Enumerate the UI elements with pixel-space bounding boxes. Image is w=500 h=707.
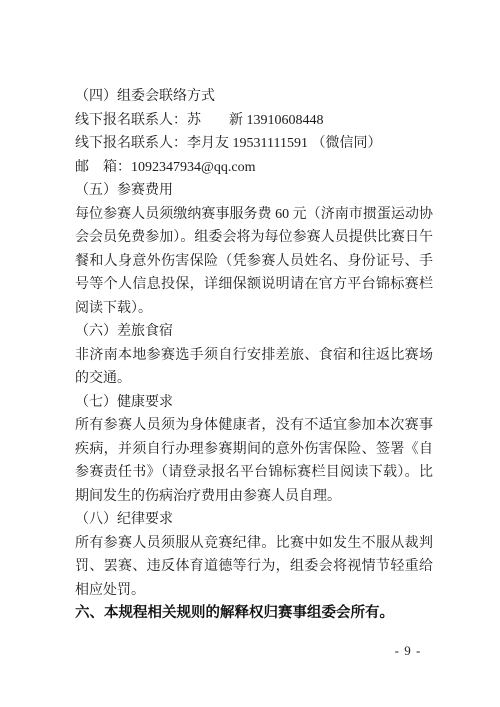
- text-line: 的交通。: [75, 367, 433, 391]
- contact-line-2: 线下报名联系人：李月友 19531111591 （微信同）: [75, 132, 433, 156]
- text-line: 非济南本地参赛选手须自行安排差旅、食宿和往返比赛场馆: [75, 344, 433, 368]
- text-line: 号等个人信息投保，详细保额说明请在官方平台锦标赛栏目: [75, 273, 433, 297]
- email-line: 邮 箱：1092347934@qq.com: [75, 156, 433, 180]
- section-heading-5: （五）参赛费用: [75, 179, 433, 203]
- text-line: 会会员免费参加）。组委会将为每位参赛人员提供比赛日午: [75, 226, 433, 250]
- text-line: 餐和人身意外伤害保险（凭参赛人员姓名、身份证号、手机: [75, 250, 433, 274]
- text-line: 疾病，并须自行办理参赛期间的意外伤害保险、签署《自愿: [75, 438, 433, 462]
- text-line: 所有参赛人员须服从竞赛纪律。比赛中如发生不服从裁判判: [75, 532, 433, 556]
- text-line: 期间发生的伤病治疗费用由参赛人员自理。: [75, 485, 433, 509]
- text-line: 每位参赛人员须缴纳赛事服务费 60 元（济南市掼蛋运动协: [75, 203, 433, 227]
- section-heading-4: （四）组委会联络方式: [75, 85, 433, 109]
- section-heading-6: （六）差旅食宿: [75, 320, 433, 344]
- text-line: 所有参赛人员须为身体健康者，没有不适宜参加本次赛事的: [75, 414, 433, 438]
- document-page: （四）组委会联络方式 线下报名联系人：苏 新 13910608448 线下报名联…: [0, 0, 500, 707]
- section-heading-7: （七）健康要求: [75, 391, 433, 415]
- text-line: 罚、罢赛、违反体育道德等行为，组委会将视情节轻重给予: [75, 555, 433, 579]
- text-line: 参赛责任书》（请登录报名平台锦标赛栏目阅读下载）。比赛: [75, 461, 433, 485]
- contact-line-1: 线下报名联系人：苏 新 13910608448: [75, 109, 433, 133]
- page-number: - 9 -: [388, 643, 428, 659]
- document-body: （四）组委会联络方式 线下报名联系人：苏 新 13910608448 线下报名联…: [75, 85, 433, 626]
- text-line: 相应处罚。: [75, 579, 433, 603]
- text-line: 阅读下载）。: [75, 297, 433, 321]
- closing-statement: 六、本规程相关规则的解释权归赛事组委会所有。: [75, 602, 433, 626]
- section-heading-8: （八）纪律要求: [75, 508, 433, 532]
